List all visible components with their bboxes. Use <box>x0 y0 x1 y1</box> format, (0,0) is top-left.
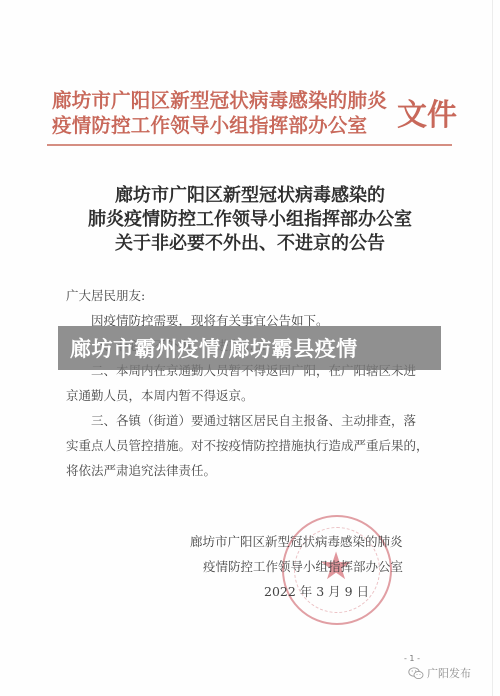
title-line-2: 肺炎疫情防控工作领导小组指挥部办公室 <box>0 208 500 232</box>
letterhead-divider <box>47 144 452 146</box>
source-watermark: 广阳发布 <box>408 665 471 681</box>
red-letterhead: 廊坊市广阳区新型冠状病毒感染的肺炎 疫情防控工作领导小组指挥部办公室 文件 <box>52 88 452 146</box>
letterhead-org-line-1: 廊坊市广阳区新型冠状病毒感染的肺炎 <box>52 88 387 113</box>
letterhead-org-line-2: 疫情防控工作领导小组指挥部办公室 <box>52 113 387 138</box>
document-body: 广大居民朋友: 因疫情防控需要，现将有关事宜公告如下。 一、非必要不外出、不进京… <box>66 283 436 483</box>
item-3-line-2: 实重点人员管控措施。对不按疫情防控措施执行造成严重后果的， <box>66 433 436 458</box>
item-3-line-1: 三、各镇（街道）要通过辖区居民自主报备、主动排查，落 <box>66 408 436 433</box>
signature-date: 2022 年 3 月 9 日 <box>190 579 430 604</box>
salutation: 广大居民朋友: <box>66 283 436 308</box>
signature-block: 廊坊市广阳区新型冠状病毒感染的肺炎 疫情防控工作领导小组指挥部办公室 2022 … <box>190 529 430 604</box>
title-line-1: 廊坊市广阳区新型冠状病毒感染的 <box>0 184 500 208</box>
letterhead-organization: 廊坊市广阳区新型冠状病毒感染的肺炎 疫情防控工作领导小组指挥部办公室 <box>52 88 387 138</box>
headline-overlay-banner: 廊坊市霸州疫情/廊坊霸县疫情 <box>58 326 441 370</box>
document-title: 廊坊市广阳区新型冠状病毒感染的 肺炎疫情防控工作领导小组指挥部办公室 关于非必要… <box>0 184 500 256</box>
watermark-text: 广阳发布 <box>427 665 471 681</box>
letterhead-doc-type: 文件 <box>397 96 457 136</box>
headline-text: 廊坊市霸州疫情/廊坊霸县疫情 <box>58 333 358 363</box>
page-edge-divider <box>492 0 493 696</box>
item-2-line-2: 京通勤人员，本周内暂不得返京。 <box>66 383 436 408</box>
document-page: 廊坊市广阳区新型冠状病毒感染的肺炎 疫情防控工作领导小组指挥部办公室 文件 廊坊… <box>0 0 500 696</box>
page-number: - 1 - <box>404 654 420 663</box>
signature-line-1: 廊坊市广阳区新型冠状病毒感染的肺炎 <box>190 529 430 554</box>
item-3-line-3: 将依法严肃追究法律责任。 <box>66 458 436 483</box>
signature-line-2: 疫情防控工作领导小组指挥部办公室 <box>190 554 430 579</box>
wechat-icon <box>408 667 424 680</box>
title-line-3: 关于非必要不外出、不进京的公告 <box>0 232 500 256</box>
